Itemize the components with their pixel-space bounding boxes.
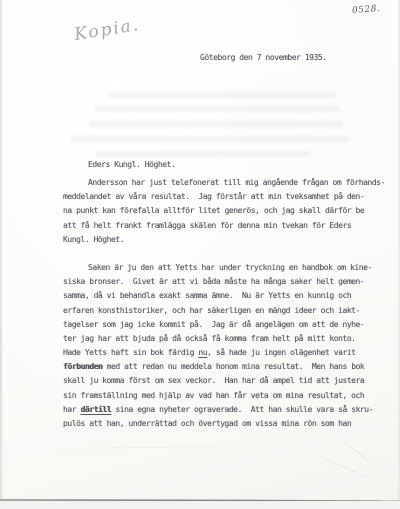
letter-line: Kungl. Höghet. xyxy=(63,233,379,247)
handwritten-kopia-note: Kopia. xyxy=(73,15,142,45)
letter-line: tagelser som jag icke kommit på. Jag är … xyxy=(63,318,379,332)
letter-line: sin framställning med hjälp av vad han f… xyxy=(63,389,379,403)
letter-line: meddelandet av våra resultat. Jag förstå… xyxy=(63,190,379,204)
letter-line: erfaren konsthistoriker, och har säkerli… xyxy=(63,304,379,318)
bleed-through-line xyxy=(95,106,340,112)
letter-line: pulös att han, underrättad och övertygad… xyxy=(63,417,379,431)
letter-line: ter jag har att bjuda på då också få kom… xyxy=(63,332,379,346)
letter-line: samma, då vi behandla exakt samma ämne. … xyxy=(63,289,379,303)
letter-page: Kopia. 0528. Göteborg den 7 november 193… xyxy=(0,0,400,501)
date-line: Göteborg den 7 november 1935. xyxy=(200,53,327,62)
letter-line: siska bronser. Givet är att vi båda måst… xyxy=(63,275,379,289)
letter-line: Hade Yetts haft sin bok färdig nu, så ha… xyxy=(63,346,379,360)
bleed-through-line xyxy=(88,121,343,127)
letter-paragraph: Saken är ju den att Yetts har under tryc… xyxy=(63,261,379,431)
bleed-through-line xyxy=(70,136,350,142)
letter-line: att få helt frankt framlägga skälen för … xyxy=(63,219,379,233)
paper-left-edge xyxy=(0,0,3,501)
letter-body: Andersson har just telefonerat till mig … xyxy=(63,176,379,431)
letter-line: Andersson har just telefonerat till mig … xyxy=(63,176,379,190)
letter-paragraph: Andersson har just telefonerat till mig … xyxy=(63,176,379,247)
salutation: Eders Kungl. Höghet. xyxy=(88,160,175,169)
letter-line: na punkt kan förefalla alltför litet gen… xyxy=(63,204,379,218)
scan-number: 0528. xyxy=(352,4,381,16)
bleed-through-line xyxy=(95,151,310,157)
bleed-through-line xyxy=(108,92,336,98)
scan-background xyxy=(0,501,400,509)
letter-line: Saken är ju den att Yetts har under tryc… xyxy=(63,261,379,275)
letter-line: skall ju komma först om sex veckor. Han … xyxy=(63,374,379,388)
paper-crease xyxy=(20,445,270,449)
letter-line: har därtill sina egna nyheter ograverade… xyxy=(63,403,379,417)
letter-line: förbunden med att redan nu meddela honom… xyxy=(63,360,379,374)
paper-crease xyxy=(326,427,390,477)
